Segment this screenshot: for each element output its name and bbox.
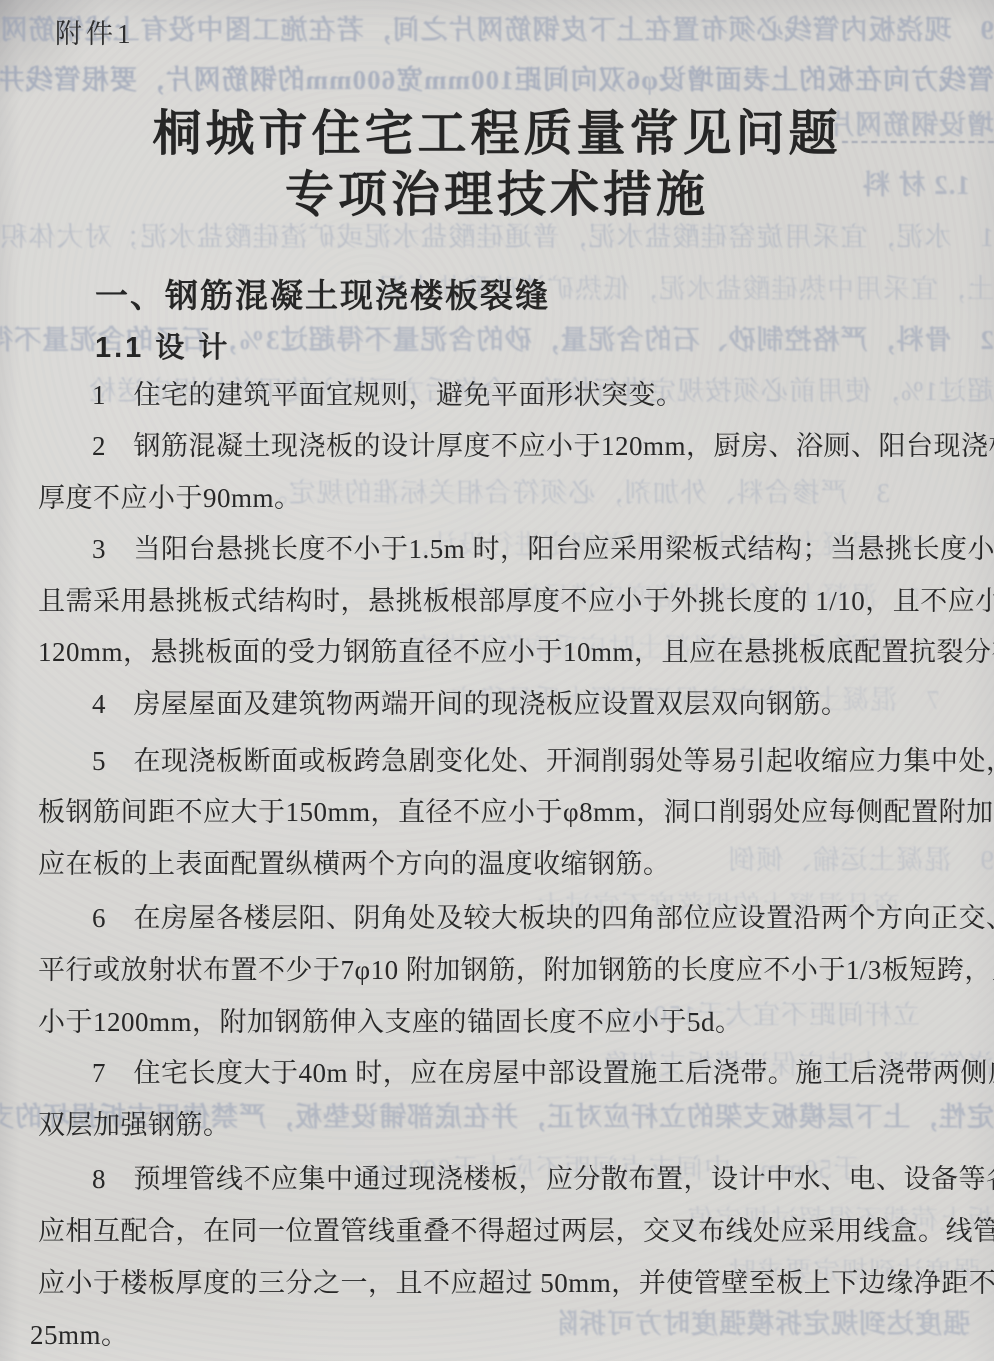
- bleedthrough-line: 9 混凝土运输、倾倒: [700, 838, 994, 877]
- document-title-line2: 专项治理技术措施: [0, 156, 994, 226]
- paragraph-line: 且需采用悬挑板式结构时，悬挑板根部厚度不应小于外挑长度的 1/10，且不应小于: [38, 579, 994, 611]
- paragraph-line: 25mm。: [30, 1313, 129, 1345]
- bleedthrough-line: 9 现浇板内管线必须布置在上下皮钢筋网片之间，若在施工图中没有上述钢筋网片: [0, 8, 994, 47]
- paragraph-line: 3 当阳台悬挑长度不小于1.5m 时，阳台应采用梁板式结构；当悬挑长度小于1.5…: [92, 527, 994, 559]
- scanned-document-page: 9 现浇板内管线必须布置在上下皮钢筋网片之间，若在施工图中没有上述钢筋网片 管线…: [0, 0, 994, 1361]
- paragraph-line: 应在板的上表面配置纵横两个方向的温度收缩钢筋。: [38, 842, 671, 874]
- paragraph-line: 双层加强钢筋。: [38, 1103, 231, 1135]
- paragraph-line: 应相互配合，在同一位置管线重叠不得超过两层，交叉布线处应采用线盒。线管的直径: [38, 1209, 994, 1241]
- paragraph-line: 2 钢筋混凝土现浇板的设计厚度不应小于120mm，厨房、浴厕、阳台现浇板的设计: [92, 424, 994, 456]
- section-heading: 一、钢筋混凝土现浇楼板裂缝: [95, 270, 550, 317]
- paragraph-line: 小于1200mm，附加钢筋伸入支座的锚固长度不应小于5d。: [38, 1000, 743, 1032]
- paragraph-line: 1 住宅的建筑平面宜规则，避免平面形状突变。: [92, 373, 684, 405]
- paragraph-line: 4 房屋屋面及建筑物两端开间的现浇板应设置双层双向钢筋。: [92, 682, 849, 714]
- subsection-heading: 1.1 设 计: [95, 325, 230, 366]
- document-title-line1: 桐城市住宅工程质量常见问题: [0, 95, 994, 165]
- bleedthrough-line: 强度达到规定拆模强度时方可拆除。: [560, 1302, 970, 1341]
- paragraph-line: 7 住宅长度大于40m 时，应在房屋中部设置施工后浇带。施工后浇带两侧应设置: [92, 1051, 994, 1083]
- attachment-label: 附件1: [55, 12, 135, 51]
- paragraph-line: 6 在房屋各楼层阳、阴角处及较大板块的四角部位应设置沿两个方向正交、斜向: [92, 896, 994, 928]
- paragraph-line: 应小于楼板厚度的三分之一，且不应超过 50mm，并使管壁至板上下边缘净距不应小于: [38, 1261, 994, 1293]
- paragraph-line: 厚度不应小于90mm。: [38, 476, 302, 508]
- bleedthrough-line: 3 严掺合料、外加剂，必须符合相关标准的规定。: [270, 471, 890, 510]
- paragraph-line: 8 预埋管线不应集中通过现浇楼板，应分散布置，设计中水、电、设备等各专业: [92, 1157, 994, 1189]
- paragraph-line: 板钢筋间距不应大于150mm，直径不应小于φ8mm，洞口削弱处应每侧配置附加钢筋…: [38, 790, 994, 822]
- paragraph-line: 平行或放射状布置不少于7φ10 附加钢筋，附加钢筋的长度应不小于1/3板短跨，且…: [38, 948, 994, 980]
- paragraph-line: 120mm，悬挑板面的受力钢筋直径不应小于10mm，且应在悬挑板底配置抗裂分布钢…: [38, 630, 994, 662]
- paragraph-line: 5 在现浇板断面或板跨急剧变化处、开洞削弱处等易引起收缩应力集中处，现浇: [92, 739, 994, 771]
- bleedthrough-line: 管线方向在板的上表面增设φ6双向间距100mm宽600mm的钢筋网片，要根管线井…: [0, 58, 994, 97]
